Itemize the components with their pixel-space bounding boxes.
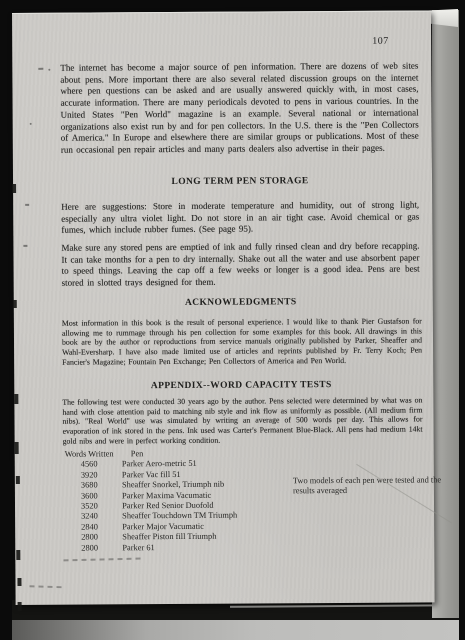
pen-cell: Sheaffer Piston fill Triumph: [122, 532, 216, 543]
words-cell: 2840: [65, 522, 120, 533]
intro-paragraph: The internet has become a major source o…: [60, 61, 419, 157]
pen-cell: Parker 61: [122, 543, 154, 554]
pen-cell: Parker Maxima Vacumatic: [122, 490, 211, 501]
pen-cell: Parker Red Senior Duofold: [122, 501, 213, 512]
words-cell: 2800: [65, 543, 120, 554]
words-cell: 3680: [65, 481, 120, 492]
binding-mark: [17, 578, 21, 586]
binding-mark: [18, 602, 22, 611]
margin-mark: [48, 69, 50, 71]
binding-mark: [16, 476, 20, 484]
binding-mark: [12, 184, 16, 193]
pen-cell: Sheaffer Snorkel, Triumph nib: [122, 480, 224, 491]
binding-mark: [13, 300, 17, 308]
pen-cell: Parker Vac fill 51: [122, 470, 181, 481]
book-page: 107 The internet has become a major sour…: [12, 10, 435, 605]
word-capacity-table: Words Written Pen 4560 Parker Aero-metri…: [65, 448, 326, 554]
column-header-words-written: Words Written: [65, 449, 129, 460]
acknowledgments-paragraph: Most information in this book is the res…: [62, 317, 422, 368]
section-heading-storage: LONG TERM PEN STORAGE: [61, 176, 419, 188]
pen-cell: Parker Major Vacumatic: [122, 522, 204, 533]
words-cell: 3520: [65, 501, 120, 512]
section-heading-appendix: APPENDIX--WORD CAPACITY TESTS: [62, 380, 420, 392]
storage-paragraph-2: Make sure any stored pens are emptied of…: [61, 241, 419, 290]
storage-paragraph-1: Here are suggestions: Store in moderate …: [61, 200, 419, 237]
words-cell: 2800: [65, 533, 120, 544]
column-header-pen: Pen: [131, 449, 144, 459]
words-cell: 3240: [65, 512, 120, 523]
table-side-note: Two models of each pen were tested and t…: [293, 475, 448, 496]
book-photo: 107 The internet has become a major sour…: [0, 0, 465, 640]
binding-mark: [15, 442, 19, 454]
pen-cell: Sheaffer Touchdown TM Triumph: [122, 511, 237, 522]
margin-mark: [38, 68, 43, 70]
margin-mark: [30, 123, 32, 125]
section-heading-acknowledgments: ACKNOWLEDGMENTS: [62, 297, 420, 309]
table-row: 2800 Parker 61: [65, 542, 325, 554]
appendix-paragraph: The following test were conducted 30 yea…: [62, 396, 422, 447]
pen-cell: Parker Aero-metric 51: [122, 459, 197, 470]
words-cell: 4560: [65, 460, 120, 471]
binding-mark: [14, 394, 18, 404]
words-cell: 3600: [65, 491, 120, 502]
binding-mark: [16, 550, 20, 560]
margin-mark: [23, 245, 27, 247]
pencil-scribble: [63, 558, 141, 562]
margin-mark: [25, 204, 29, 206]
page-number: 107: [372, 36, 418, 47]
words-cell: 3920: [65, 470, 120, 481]
page-stack-fore-edge: [432, 10, 459, 618]
pencil-scribble: [29, 585, 65, 588]
